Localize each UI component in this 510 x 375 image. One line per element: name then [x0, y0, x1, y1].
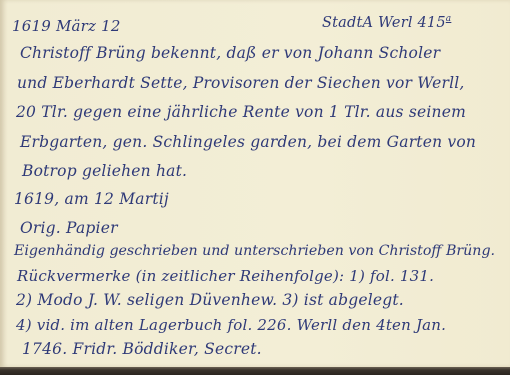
scan-bottom-edge	[0, 367, 510, 375]
archive-signature-text: StadtA Werl 415	[322, 15, 446, 31]
text-line: 2) Modo J. W. seligen Düvenhew. 3) ist a…	[16, 291, 404, 309]
text-line-date: 1619, am 12 Martij	[14, 190, 169, 208]
text-line: und Eberhardt Sette, Provisoren der Siec…	[17, 74, 465, 92]
text-line: 1746. Fridr. Böddiker, Secret.	[22, 340, 262, 358]
card-date: 1619 März 12	[12, 17, 121, 35]
text-line: Erbgarten, gen. Schlingeles garden, bei …	[20, 133, 476, 151]
text-line-material: Orig. Papier	[20, 219, 118, 237]
text-line: Rückvermerke (in zeitlicher Reihenfolge)…	[17, 267, 434, 285]
archive-index-card: 1619 März 12 StadtA Werl 415a Christoff …	[0, 0, 510, 367]
text-line: 20 Tlr. gegen eine jährliche Rente von 1…	[16, 103, 466, 121]
text-line: 4) vid. im alten Lagerbuch fol. 226. Wer…	[16, 316, 446, 334]
text-line: Eigenhändig geschrieben und unterschrieb…	[14, 243, 495, 259]
text-line: Botrop geliehen hat.	[22, 162, 187, 180]
archive-signature: StadtA Werl 415a	[322, 14, 451, 31]
archive-signature-suffix: a	[446, 14, 452, 24]
text-line: Christoff Brüng bekennt, daß er von Joha…	[20, 44, 440, 62]
